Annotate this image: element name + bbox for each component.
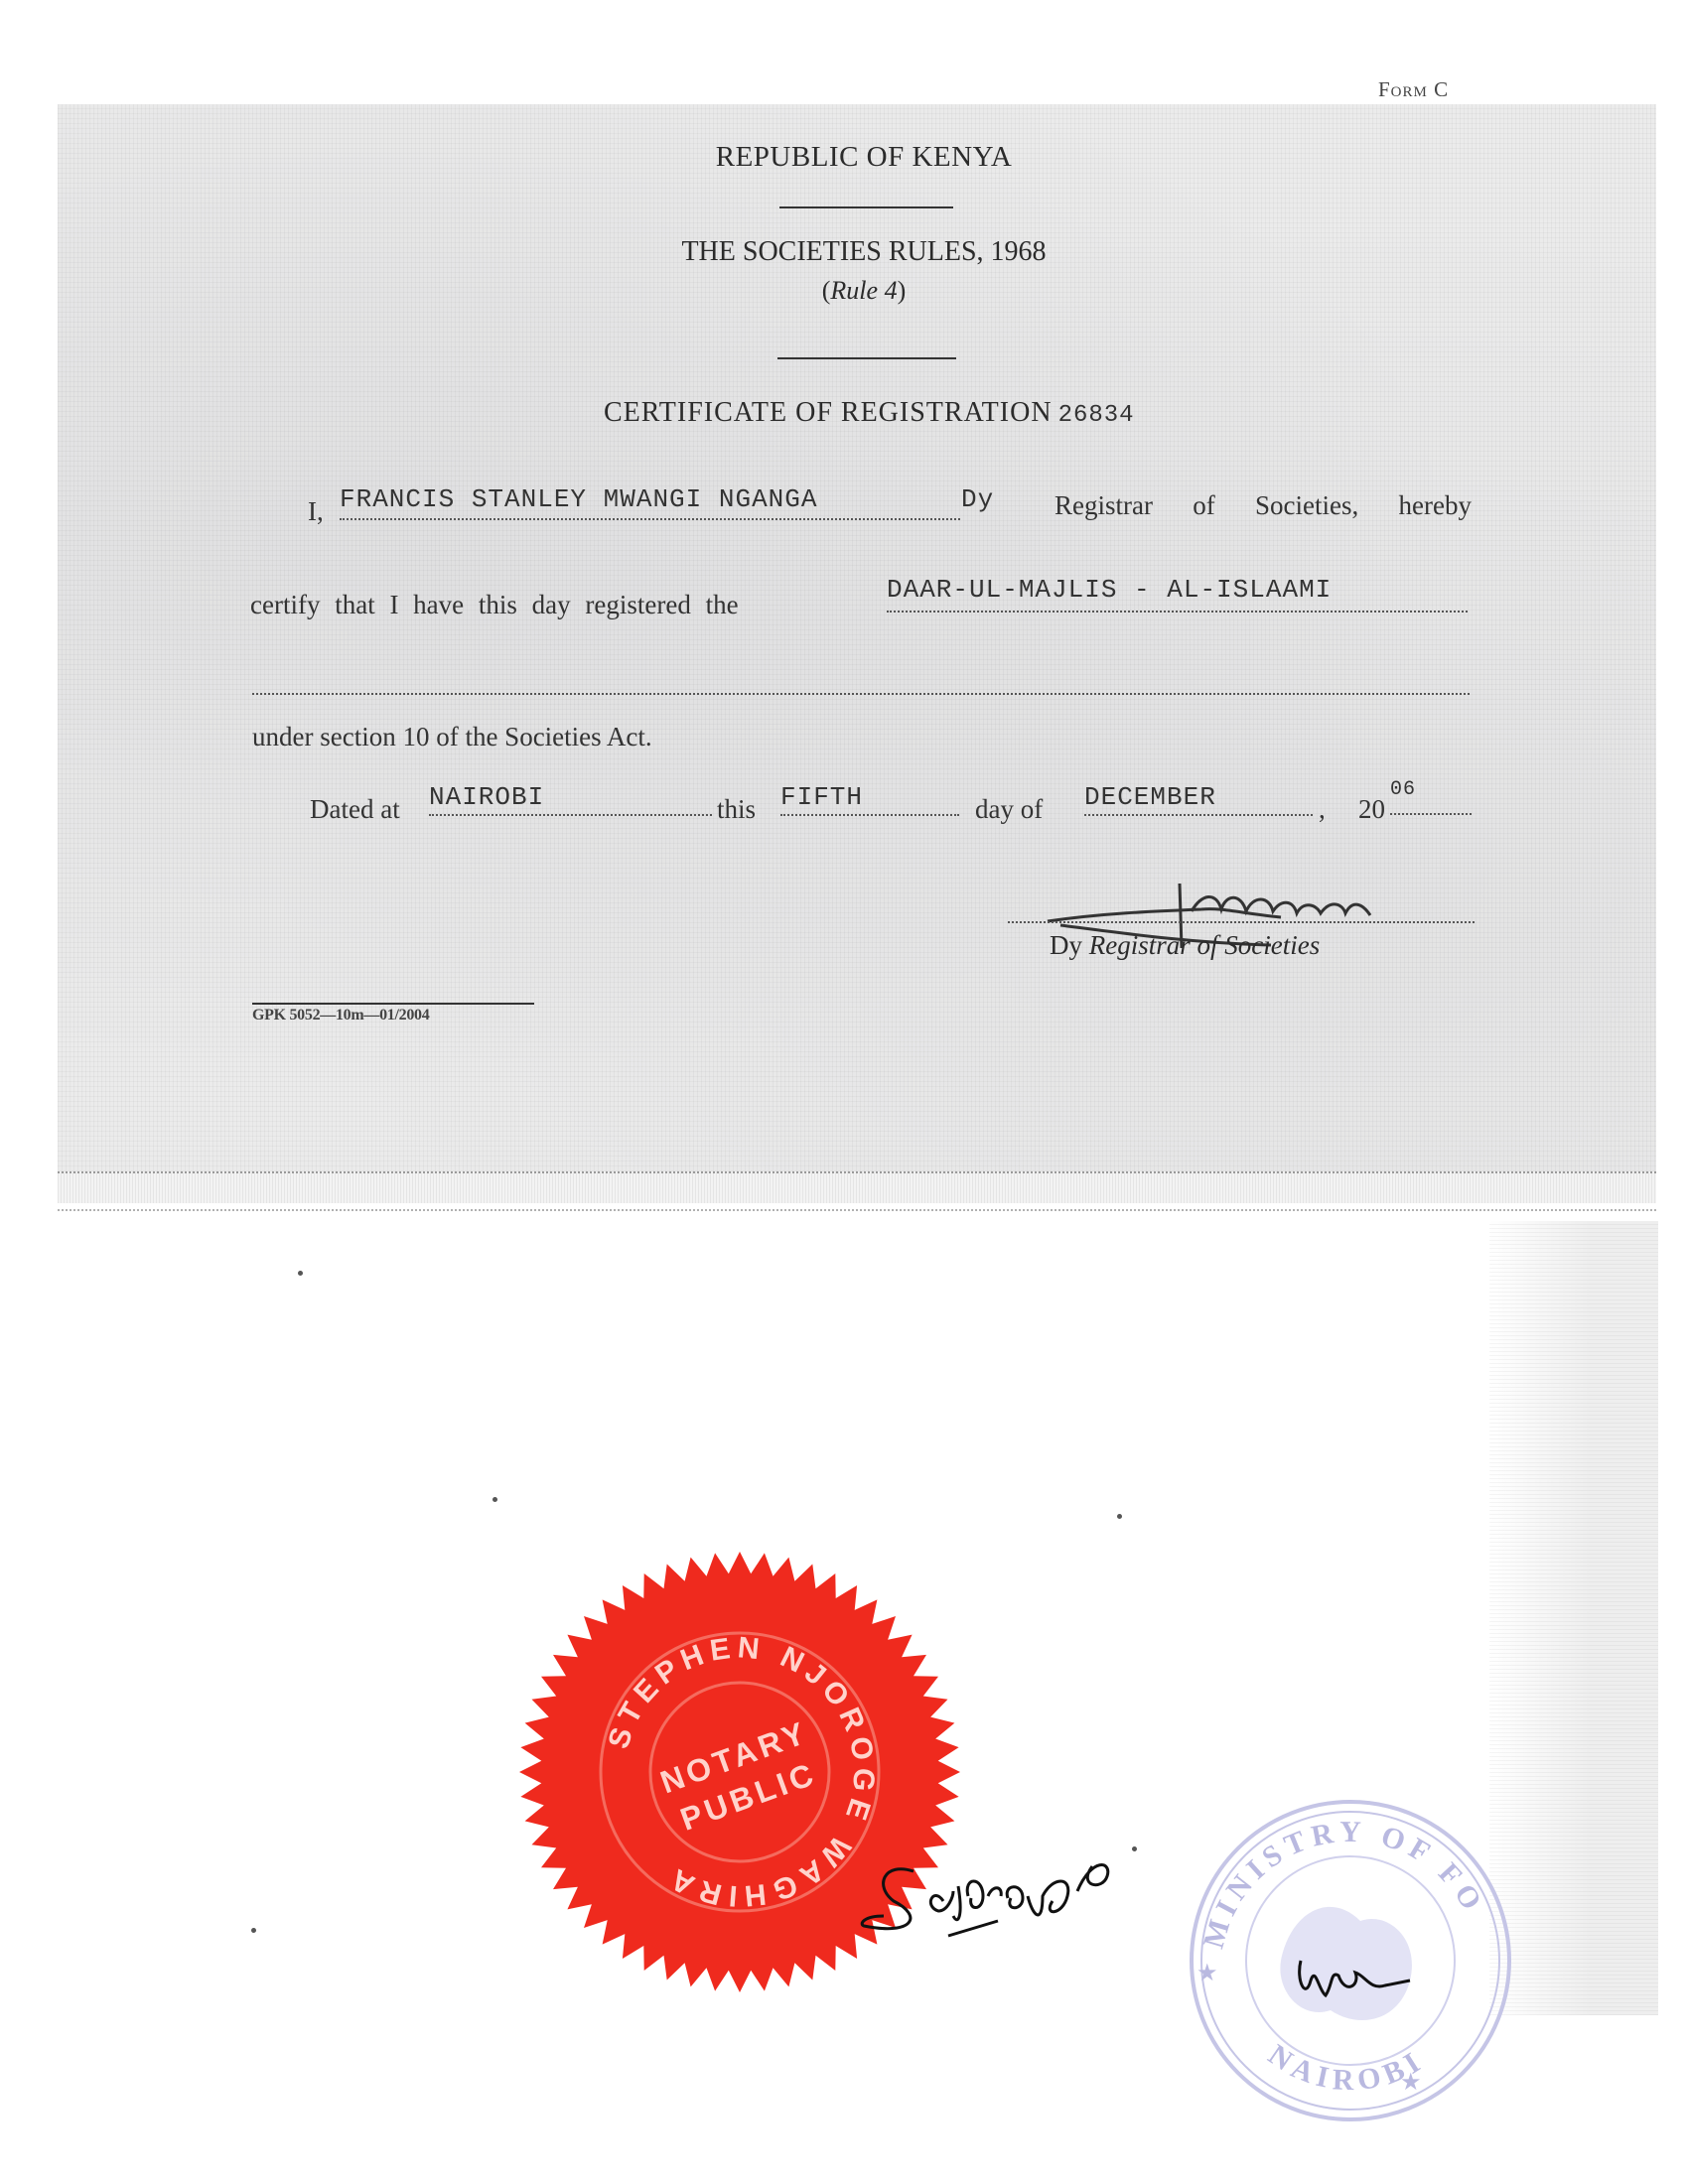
signatory-title: Registrar of Societies xyxy=(1089,930,1320,960)
scan-speck xyxy=(298,1271,303,1276)
this-label: this xyxy=(717,794,756,825)
societies-rules-heading: THE SOCIETIES RULES, 1968 xyxy=(0,236,1688,268)
certificate-title-text: CERTIFICATE OF REGISTRATION xyxy=(604,397,1053,428)
year-field: 06 xyxy=(1390,778,1472,815)
svg-text:★: ★ xyxy=(1400,2070,1422,2096)
print-code: GPK 5052—10m—01/2004 xyxy=(252,1007,429,1024)
dated-at-label: Dated at xyxy=(310,794,400,825)
place-field: NAIROBI xyxy=(429,782,712,816)
photocopy-edge-line xyxy=(58,1209,1656,1211)
certificate-number: 26834 xyxy=(1058,402,1135,429)
registrar-text: Registrar of Societies, hereby xyxy=(1055,490,1472,521)
scan-speck xyxy=(251,1928,256,1933)
notary-signature xyxy=(854,1817,1152,1956)
rule-reference: (Rule 4) xyxy=(0,276,1688,306)
month-field: DECEMBER xyxy=(1084,782,1313,816)
blank-dotted-line xyxy=(252,693,1470,695)
scan-speck xyxy=(492,1497,497,1502)
society-name-field: DAAR-UL-MAJLIS - AL-ISLAAMI xyxy=(887,575,1468,613)
signature-line xyxy=(1008,921,1475,923)
intro-i: I, xyxy=(308,496,324,527)
ministry-stamp: MINISTRY OF FO NAIROBI ★ ★ xyxy=(1162,1782,1539,2139)
heading-divider xyxy=(777,357,956,359)
scan-speck xyxy=(1132,1846,1137,1851)
rule-reference-text: Rule 4 xyxy=(830,276,897,305)
registrar-name-field: FRANCIS STANLEY MWANGI NGANGA xyxy=(340,484,960,520)
comma: , xyxy=(1319,794,1326,825)
certificate-title: CERTIFICATE OF REGISTRATION26834 xyxy=(604,397,1135,429)
heading-divider xyxy=(779,206,953,208)
republic-heading: REPUBLIC OF KENYA xyxy=(0,141,1688,174)
scan-speck xyxy=(1117,1514,1122,1519)
signatory-caption: Dy Registrar of Societies xyxy=(1050,930,1320,961)
century-label: 20 xyxy=(1358,794,1385,825)
print-code-rule xyxy=(252,1003,534,1005)
day-field: FIFTH xyxy=(780,782,959,816)
signatory-prefix: Dy xyxy=(1050,930,1082,960)
svg-text:★: ★ xyxy=(1196,1961,1218,1986)
form-label: Form C xyxy=(1378,77,1449,102)
certify-text: certify that I have this day registered … xyxy=(250,590,846,620)
photocopy-edge xyxy=(58,1171,1656,1203)
paren-close: ) xyxy=(898,276,907,305)
registrar-prefix: Dy xyxy=(961,484,994,514)
section-text: under section 10 of the Societies Act. xyxy=(252,722,652,752)
day-of-label: day of xyxy=(975,794,1043,825)
